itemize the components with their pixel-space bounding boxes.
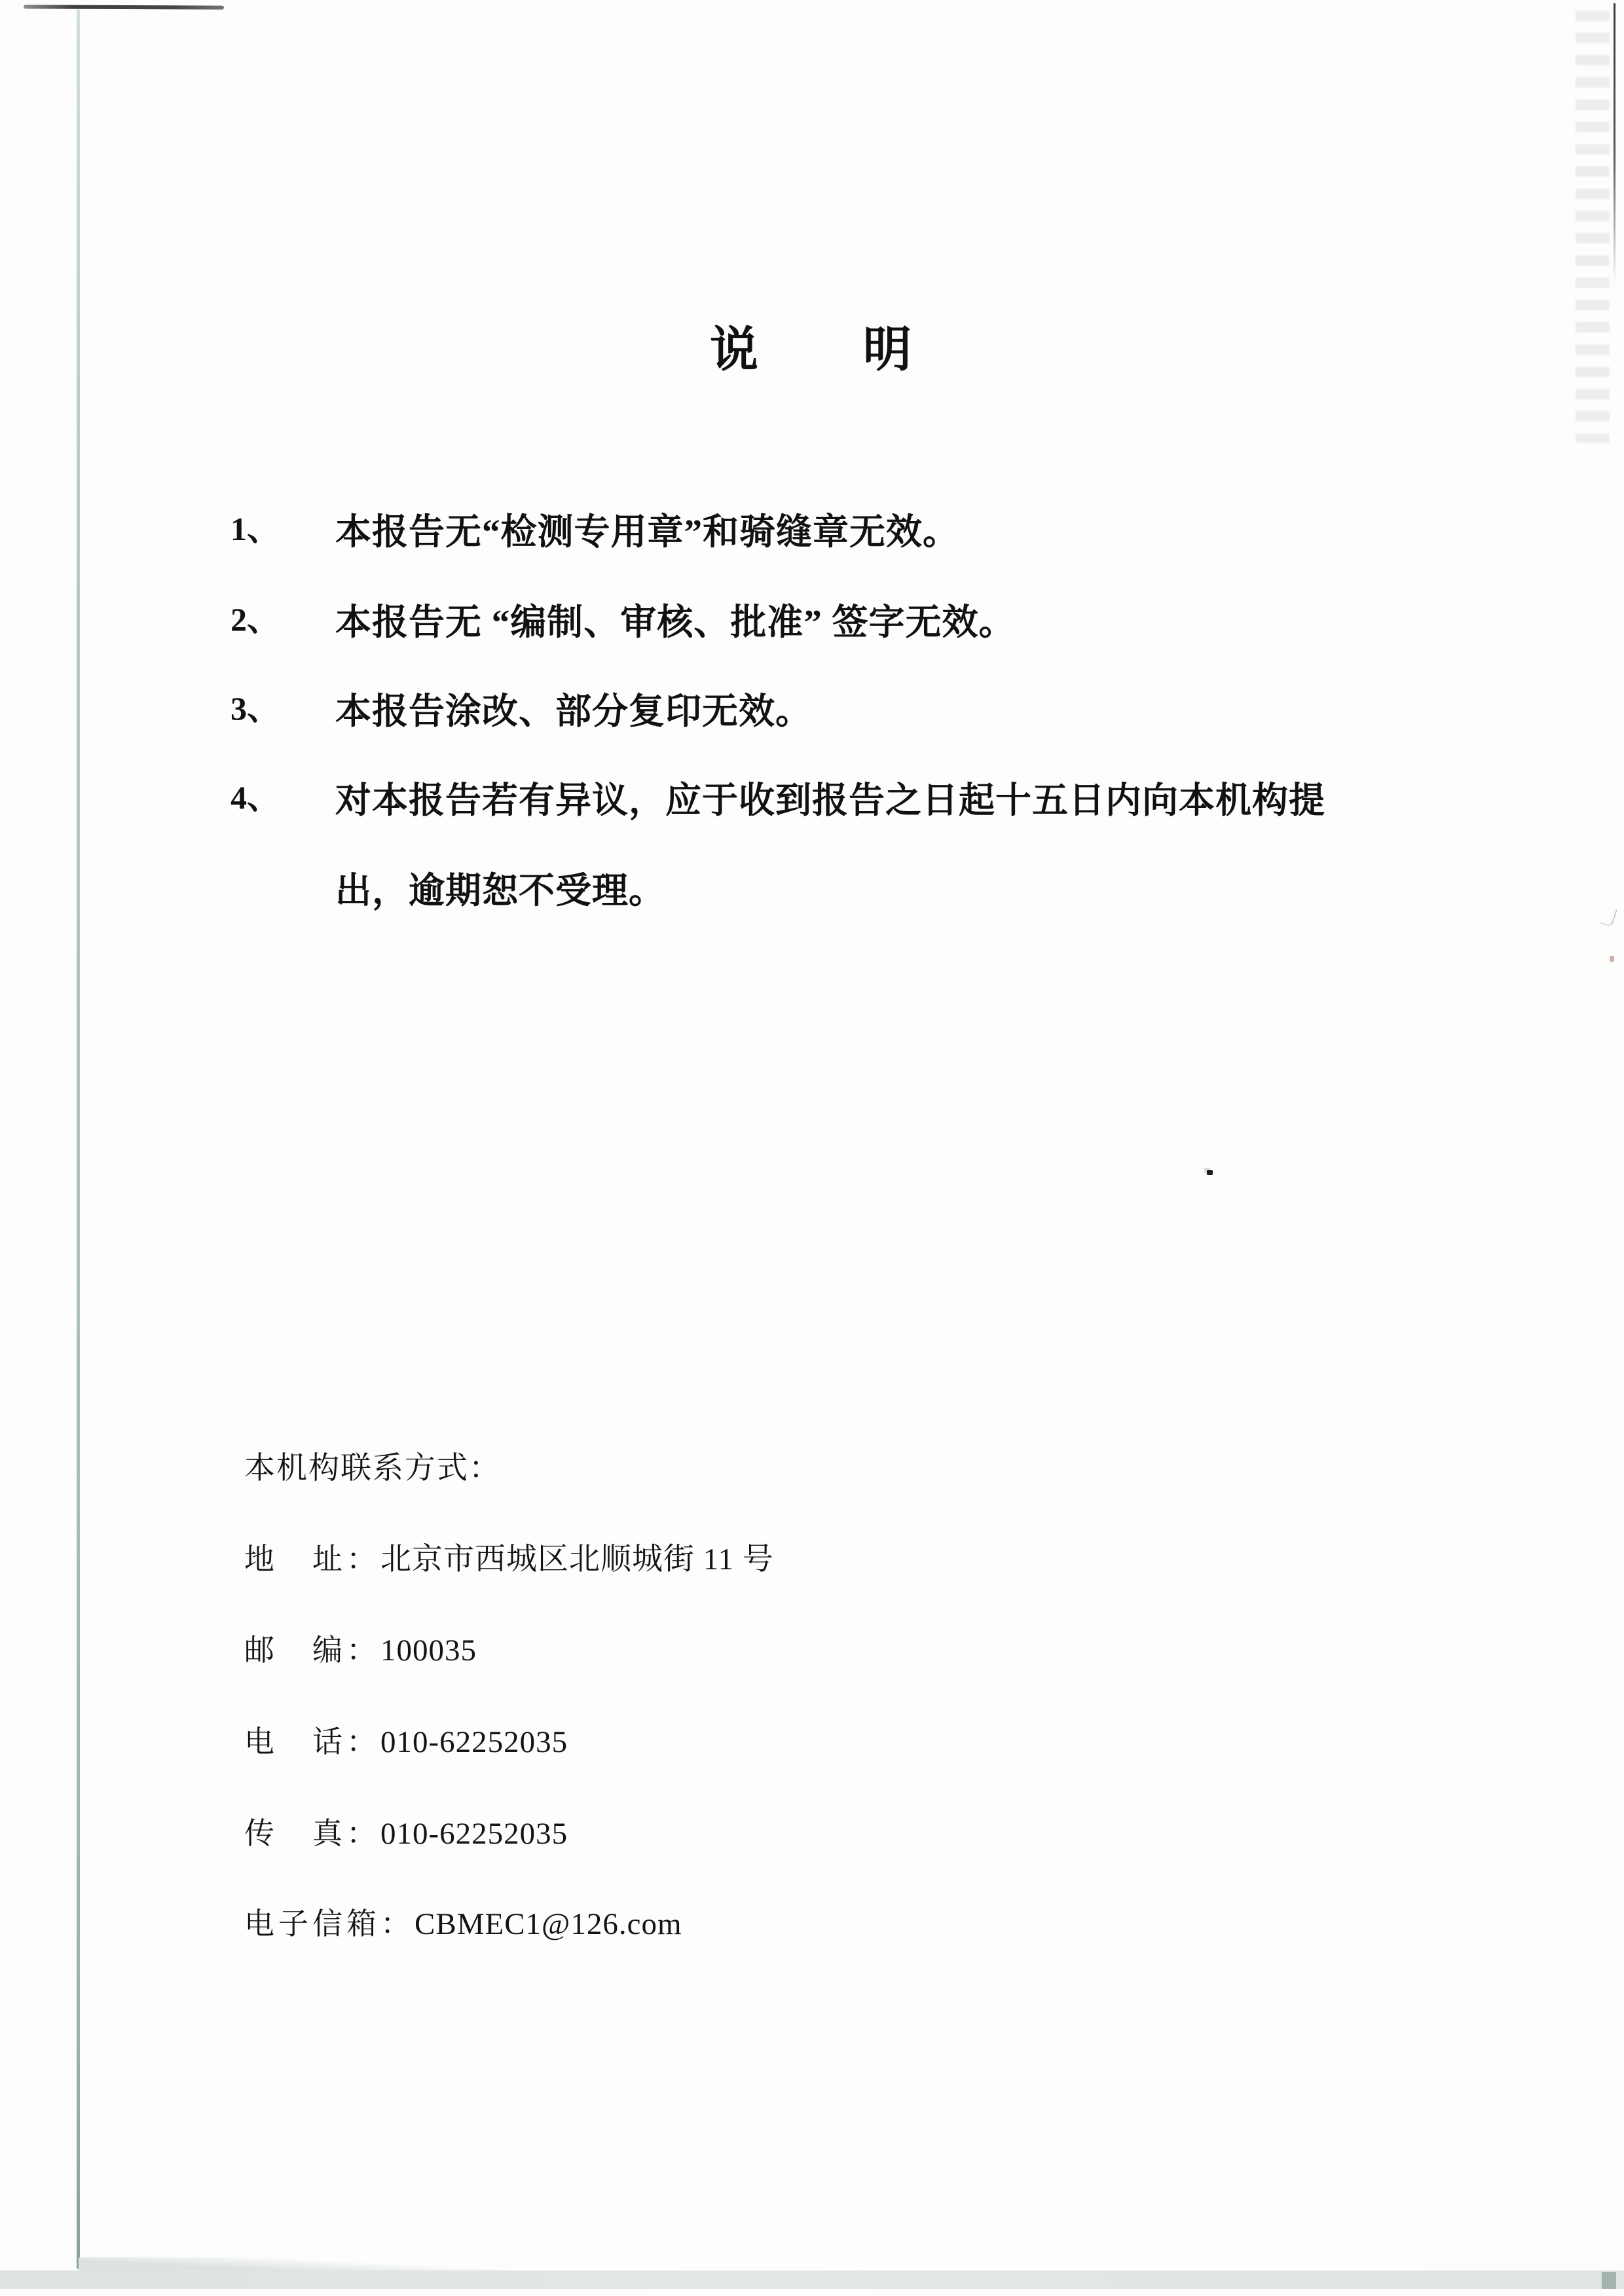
contact-value: 010-62252035 [380, 1817, 568, 1851]
note-item-4: 4、 对本报告若有异议，应于收到报告之日起十五日内向本机构提 [0, 771, 1624, 817]
note-item-2: 2、 本报告无 “编制、审核、批准” 签字无效。 [0, 593, 1624, 639]
note-text: 对本报告若有异议，应于收到报告之日起十五日内向本机构提 [335, 771, 1325, 823]
bottom-shadow-wedge-artifact [79, 2257, 537, 2272]
note-item-1: 1、 本报告无“检测专用章”和骑缝章无效。 [0, 503, 1624, 549]
contact-value: 100035 [380, 1633, 477, 1667]
contact-row-fax: 传 真：010-62252035 [244, 1810, 1423, 1851]
note-number: 3、 [231, 682, 280, 729]
corner-scan-mark-artifact [1602, 2272, 1616, 2289]
scan-edge-right-artifact [1614, 3, 1615, 285]
contact-row-address: 地 址：北京市西城区北顺城街 11 号 [244, 1535, 1423, 1576]
note-text: 本报告无“检测专用章”和骑缝章无效。 [335, 503, 959, 555]
contact-label: 电 话： [244, 1725, 380, 1758]
note-text: 本报告涂改、部分复印无效。 [335, 682, 812, 734]
contact-label: 地 址： [244, 1542, 380, 1576]
note-number: 1、 [231, 503, 280, 550]
contact-row-postcode: 邮 编：100035 [244, 1626, 1423, 1668]
contact-label: 电子信箱： [244, 1907, 415, 1941]
ink-speck-artifact [1207, 1170, 1213, 1175]
contact-row-phone: 电 话：010-62252035 [244, 1718, 1423, 1760]
red-speck-artifact [1610, 956, 1614, 962]
contact-heading: 本机构联系方式： [244, 1444, 501, 1487]
contact-row-email: 电子信箱：CBMEC1@126.com [244, 1900, 1423, 1942]
contact-label: 传 真： [244, 1817, 380, 1850]
page-title: 说 明 [0, 311, 1624, 380]
note-text: 出，逾期恕不受理。 [335, 862, 665, 913]
note-number: 4、 [231, 771, 280, 818]
contact-value: 010-62252035 [380, 1725, 568, 1759]
contact-value: CBMEC1@126.com [415, 1907, 682, 1941]
note-text: 本报告无 “编制、审核、批准” 签字无效。 [335, 593, 1016, 645]
contact-value: 北京市西城区北顺城街 11 号 [380, 1542, 774, 1576]
scan-edge-top-artifact [24, 5, 224, 9]
note-item-4-continuation: 出，逾期恕不受理。 [0, 862, 1624, 907]
bottom-scan-shadow-artifact [0, 2270, 1624, 2289]
note-number: 2、 [231, 593, 280, 640]
contact-label: 邮 编： [244, 1633, 380, 1667]
scanned-document-page: 说 明 1、 本报告无“检测专用章”和骑缝章无效。 2、 本报告无 “编制、审核… [0, 0, 1624, 2296]
note-item-3: 3、 本报告涂改、部分复印无效。 [0, 682, 1624, 728]
pen-mark-artifact [1600, 906, 1617, 927]
